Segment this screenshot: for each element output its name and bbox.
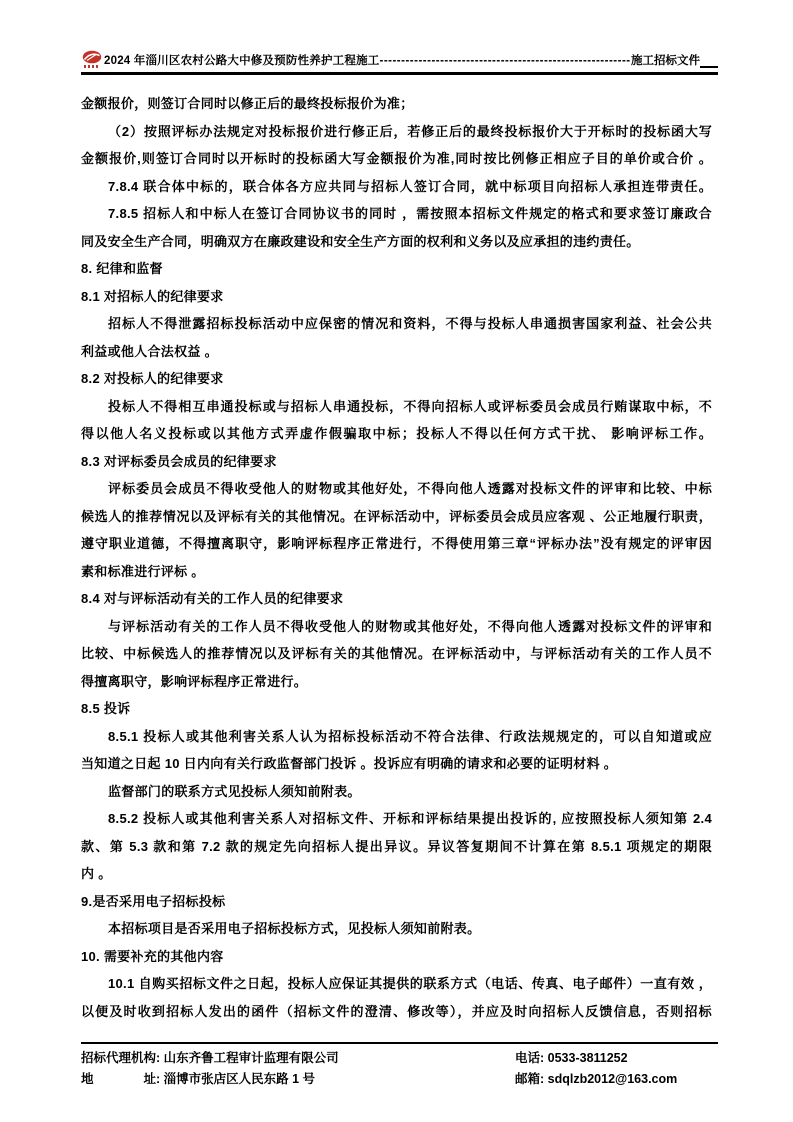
text-line: 8.5.2 投标人或其他利害关系人对招标文件、开标和评标结果提出投诉的, 应按照…	[81, 805, 712, 833]
text-line: 8.5.1 投标人或其他利害关系人认为招标投标活动不符合法律、行政法规规定的，可…	[81, 723, 712, 751]
logo-caption-marks	[84, 65, 100, 68]
section-heading: 8.5 投诉	[81, 695, 712, 723]
page-header: 2024 年淄川区农村公路大中修及预防性养护工程施工 -------------…	[81, 50, 718, 75]
header-underline	[700, 64, 718, 68]
header-doc-type: 施工招标文件	[631, 54, 700, 69]
section-heading: 8.3 对评标委员会成员的纪律要求	[81, 448, 712, 476]
text-line: 与评标活动有关的工作人员不得收受他人的财物或其他好处，不得向他人透露对投标文件的…	[81, 613, 712, 641]
footer-address-row: 地 址: 淄博市张店区人民东路 1 号 邮箱: sdqlzb2012@163.c…	[81, 1069, 718, 1090]
footer-agency-row: 招标代理机构: 山东齐鲁工程审计监理有限公司 电话: 0533-3811252	[81, 1048, 718, 1069]
section-heading: 9.是否采用电子招标投标	[81, 888, 712, 916]
text-line: （2）按照评标办法规定对投标报价进行修正后，若修正后的最终投标报价大于开标时的投…	[81, 118, 712, 146]
header-project-title: 2024 年淄川区农村公路大中修及预防性养护工程施工	[104, 54, 379, 69]
section-heading: 8. 纪律和监督	[81, 255, 712, 283]
section-heading: 10. 需要补充的其他内容	[81, 943, 712, 971]
address-value: 淄博市张店区人民东路 1 号	[164, 1069, 315, 1090]
text-line: 素和标准进行评标 。	[81, 558, 712, 586]
section-heading: 8.1 对招标人的纪律要求	[81, 283, 712, 311]
text-line: 7.8.4 联合体中标的，联合体各方应共同与招标人签订合同，就中标项目向招标人承…	[81, 173, 712, 201]
phone-label: 电话:	[515, 1048, 548, 1069]
agency-label: 招标代理机构:	[81, 1048, 164, 1069]
address-label: 地 址:	[81, 1069, 164, 1090]
text-line: 7.8.5 招标人和中标人在签订合同协议书的同时 ，需按照本招标文件规定的格式和…	[81, 200, 712, 228]
phone-number: 0533-3811252	[548, 1048, 628, 1069]
email-value: sdqlzb2012@163.com	[548, 1069, 678, 1090]
text-line: 10.1 自购买招标文件之日起，投标人应保证其提供的联系方式（电话、传真、电子邮…	[81, 970, 712, 998]
text-line: 监督部门的联系方式见投标人须知前附表。	[81, 778, 712, 806]
text-line: 投标人不得相互串通投标或与招标人串通投标，不得向招标人或评标委员会成员行贿谋取中…	[81, 393, 712, 421]
text-line: 同及安全生产合同，明确双方在廉政建设和安全生产方面的权利和义务以及应承担的违约责…	[81, 228, 712, 256]
text-line: 当知道之日起 10 日内向有关行政监督部门投诉 。投诉应有明确的请求和必要的证明…	[81, 750, 712, 778]
document-body: 金额报价，则签订合同时以修正后的最终投标报价为准；（2）按照评标办法规定对投标报…	[81, 90, 712, 1025]
section-heading: 8.4 对与评标活动有关的工作人员的纪律要求	[81, 585, 712, 613]
company-logo-icon	[81, 50, 103, 72]
text-line: 评标委员会成员不得收受他人的财物或其他好处，不得向他人透露对投标文件的评审和比较…	[81, 475, 712, 503]
page-footer: 招标代理机构: 山东齐鲁工程审计监理有限公司 电话: 0533-3811252 …	[81, 1042, 718, 1090]
text-line: 得以他人名义投标或以其他方式弄虚作假骗取中标；投标人不得以任何方式干扰、 影响评…	[81, 420, 712, 448]
text-line: 利益或他人合法权益 。	[81, 338, 712, 366]
agency-name: 山东齐鲁工程审计监理有限公司	[164, 1048, 339, 1069]
text-line: 招标人不得泄露招标投标活动中应保密的情况和资料，不得与投标人串通损害国家利益、社…	[81, 310, 712, 338]
section-heading: 8.2 对投标人的纪律要求	[81, 365, 712, 393]
text-line: 内 。	[81, 860, 712, 888]
document-page: 2024 年淄川区农村公路大中修及预防性养护工程施工 -------------…	[0, 0, 793, 1122]
email-label: 邮箱:	[515, 1069, 548, 1090]
text-line: 候选人的推荐情况以及评标有关的其他情况。在评标活动中，评标委员会成员应客观 、公…	[81, 503, 712, 531]
text-line: 比较、中标候选人的推荐情况以及评标有关的其他情况。在评标活动中，与评标活动有关的…	[81, 640, 712, 668]
text-line: 本招标项目是否采用电子招标投标方式，见投标人须知前附表。	[81, 915, 712, 943]
text-line: 得擅离职守，影响评标程序正常进行。	[81, 668, 712, 696]
text-line: 金额报价，则签订合同时以修正后的最终投标报价为准；	[81, 90, 712, 118]
text-line: 遵守职业道德，不得擅离职守，影响评标程序正常进行，不得使用第三章“评标办法”没有…	[81, 530, 712, 558]
text-line: 以便及时收到招标人发出的函件（招标文件的澄清、修改等），并应及时向招标人反馈信息…	[81, 998, 712, 1026]
header-leader-dashes: ----------------------------------------…	[379, 54, 631, 69]
text-line: 金额报价,则签订合同时以开标时的投标函大写金额报价为准,同时按比例修正相应子目的…	[81, 145, 712, 173]
text-line: 款、第 5.3 款和第 7.2 款的规定先向招标人提出异议。异议答复期间不计算在…	[81, 833, 712, 861]
logo-emblem-icon	[82, 50, 102, 65]
